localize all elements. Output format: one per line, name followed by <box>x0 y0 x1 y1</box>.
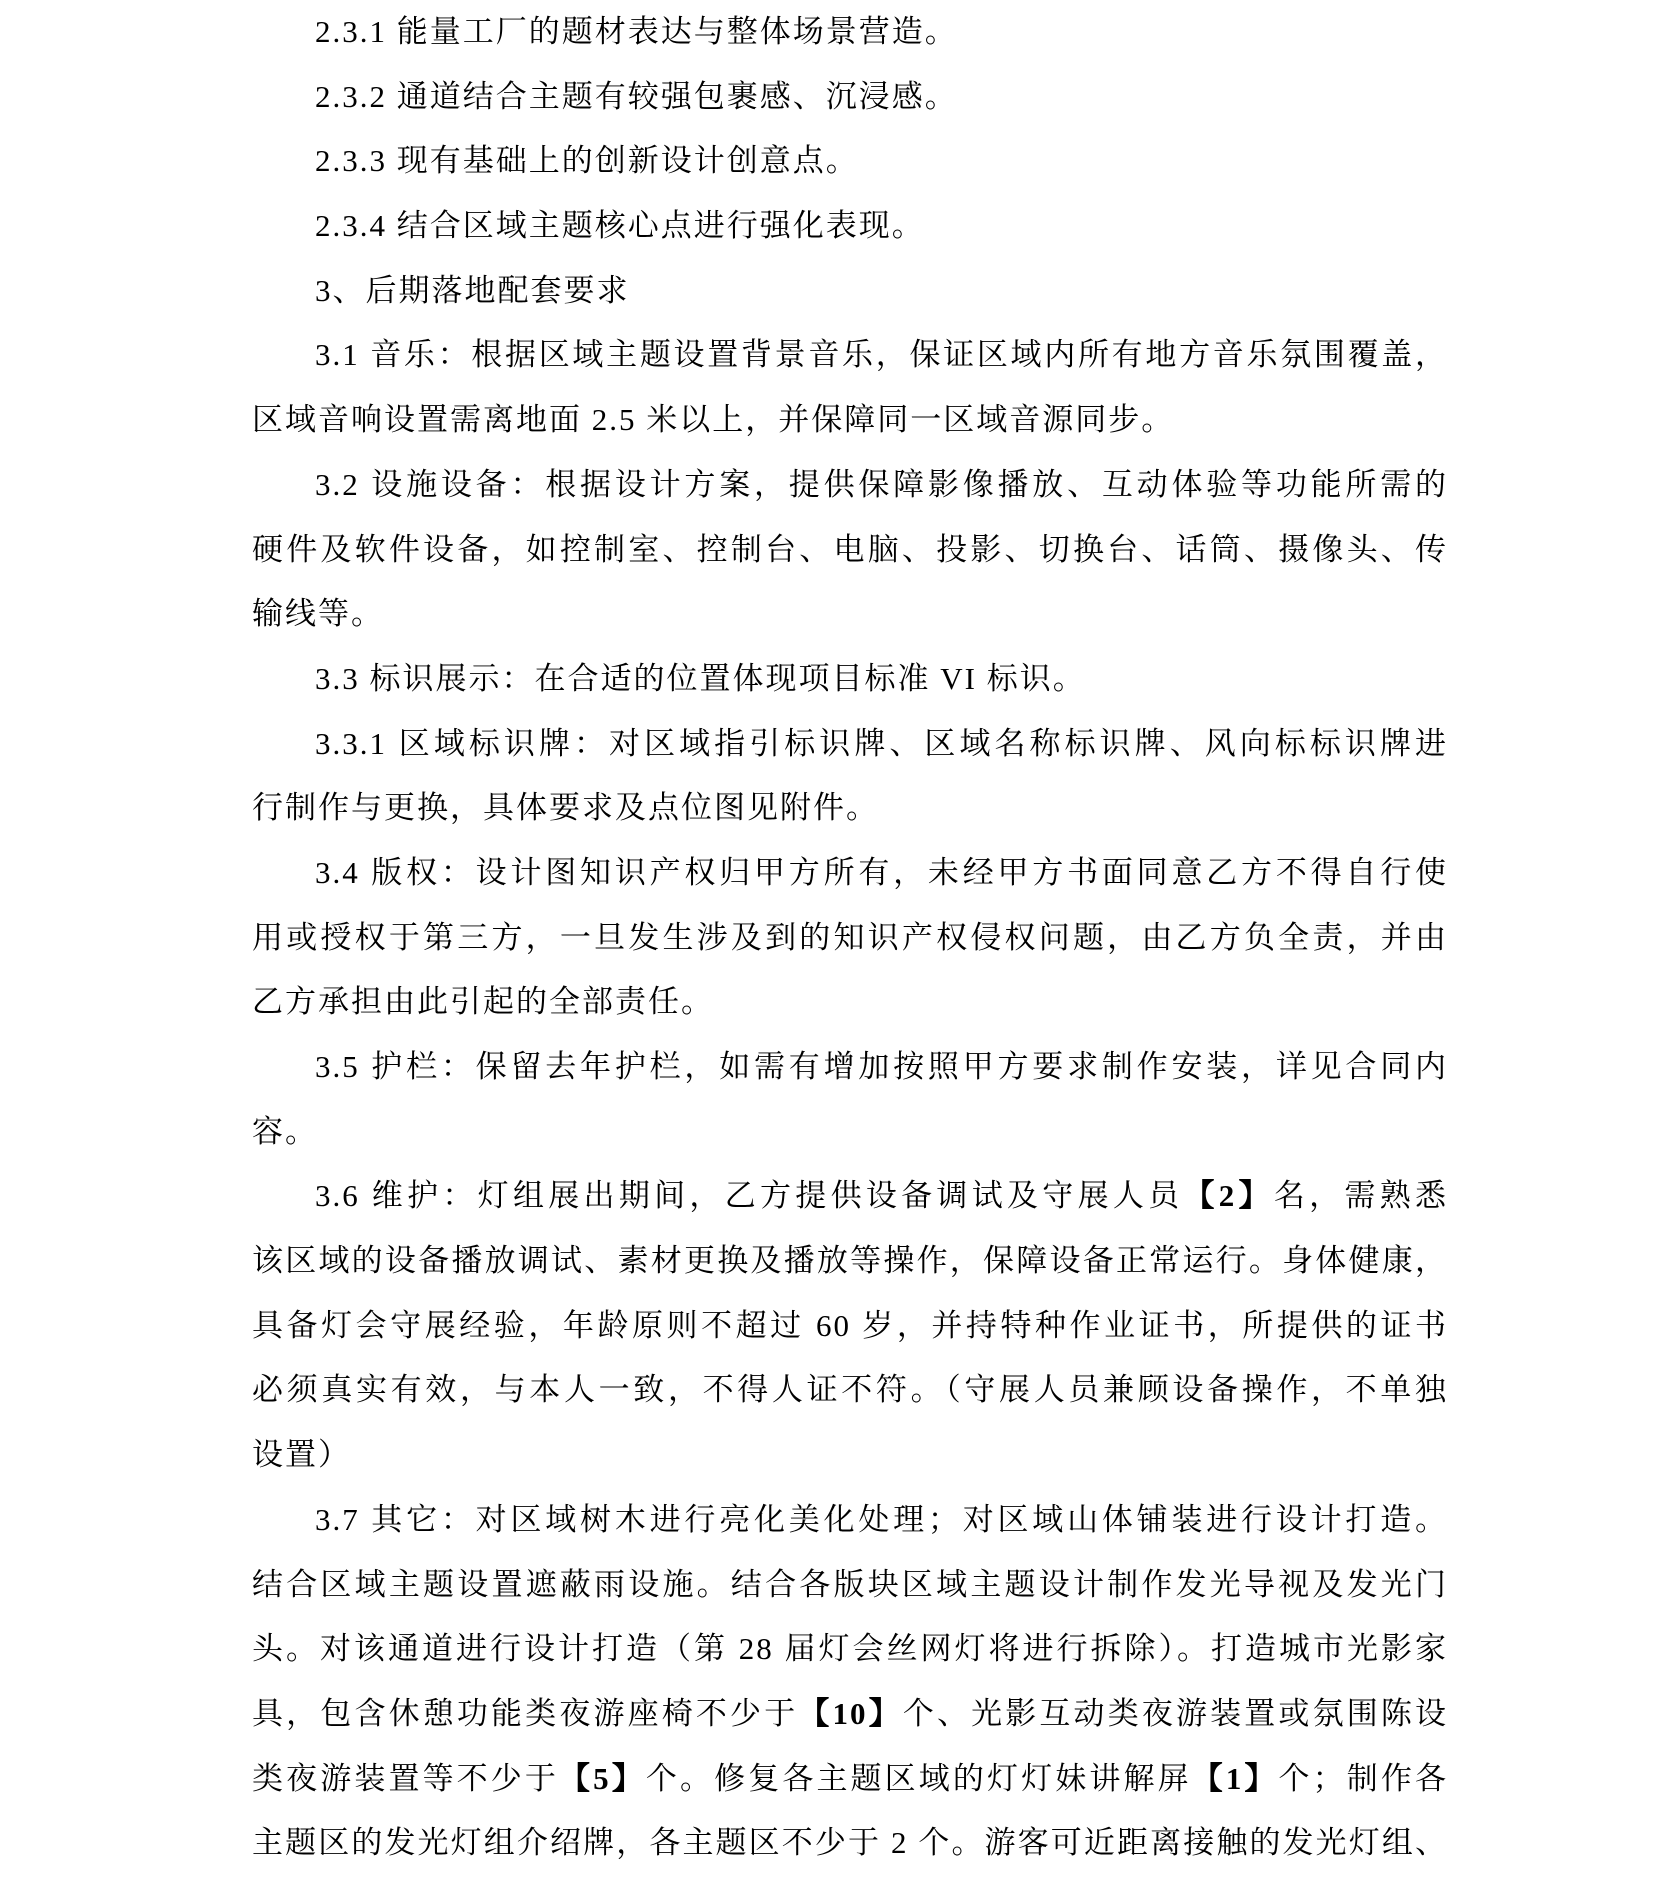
text-segment: 容。 <box>252 1114 318 1149</box>
text-segment: 个、光影互动类夜游装置或氛围陈设 <box>903 1696 1448 1731</box>
text-line: 用或授权于第三方，一旦发生涉及到的知识产权侵权问题，由乙方负全责，并由 <box>252 906 1448 971</box>
text-line: 容。 <box>252 1100 1448 1165</box>
text-segment: 3.5 护栏：保留去年护栏，如需有增加按照甲方要求制作安装，详见合同内 <box>315 1049 1448 1084</box>
text-line: 2.3.4 结合区域主题核心点进行强化表现。 <box>252 194 1448 259</box>
text-line: 硬件及软件设备，如控制室、控制台、电脑、投影、切换台、话筒、摄像头、传 <box>252 518 1448 583</box>
text-segment: 该区域的设备播放调试、素材更换及播放等操作，保障设备正常运行。身体健康， <box>252 1243 1448 1278</box>
document-body: 2.3.1 能量工厂的题材表达与整体场景营造。2.3.2 通道结合主题有较强包裹… <box>252 0 1448 1876</box>
text-segment: 2.3.2 通道结合主题有较强包裹感、沉浸感。 <box>315 79 958 114</box>
bold-bracket-value: 【2】 <box>1183 1178 1273 1213</box>
text-segment: 3.1 音乐：根据区域主题设置背景音乐，保证区域内所有地方音乐氛围覆盖， <box>315 337 1448 372</box>
text-segment: 3、后期落地配套要求 <box>315 273 630 308</box>
text-segment: 3.2 设施设备：根据设计方案，提供保障影像播放、互动体验等功能所需的 <box>315 467 1448 502</box>
text-line: 3.4 版权：设计图知识产权归甲方所有，未经甲方书面同意乙方不得自行使 <box>252 841 1448 906</box>
text-line: 2.3.2 通道结合主题有较强包裹感、沉浸感。 <box>252 65 1448 130</box>
text-line: 乙方承担由此引起的全部责任。 <box>252 970 1448 1035</box>
text-segment: 名，需熟悉 <box>1274 1178 1448 1213</box>
text-line: 3.6 维护：灯组展出期间，乙方提供设备调试及守展人员【2】名，需熟悉 <box>252 1164 1448 1229</box>
text-segment: 2.3.4 结合区域主题核心点进行强化表现。 <box>315 208 925 243</box>
text-line: 主题区的发光灯组介绍牌，各主题区不少于 2 个。游客可近距离接触的发光灯组、 <box>252 1811 1448 1876</box>
text-segment: 头。对该通道进行设计打造（第 28 届灯会丝网灯将进行拆除）。打造城市光影家 <box>252 1631 1448 1666</box>
text-segment: 具，包含休憩功能类夜游座椅不少于 <box>252 1696 798 1731</box>
text-line: 2.3.3 现有基础上的创新设计创意点。 <box>252 129 1448 194</box>
text-segment: 硬件及软件设备，如控制室、控制台、电脑、投影、切换台、话筒、摄像头、传 <box>252 532 1448 567</box>
text-line: 3.1 音乐：根据区域主题设置背景音乐，保证区域内所有地方音乐氛围覆盖， <box>252 323 1448 388</box>
text-segment: 结合区域主题设置遮蔽雨设施。结合各版块区域主题设计制作发光导视及发光门 <box>252 1567 1448 1602</box>
text-segment: 输线等。 <box>252 596 384 631</box>
text-line: 结合区域主题设置遮蔽雨设施。结合各版块区域主题设计制作发光导视及发光门 <box>252 1553 1448 1618</box>
text-segment: 设置） <box>252 1437 351 1472</box>
bold-bracket-value: 【5】 <box>559 1761 646 1796</box>
text-line: 3.3 标识展示：在合适的位置体现项目标准 VI 标识。 <box>252 647 1448 712</box>
bold-bracket-value: 【1】 <box>1192 1761 1279 1796</box>
text-segment: 2.3.1 能量工厂的题材表达与整体场景营造。 <box>315 14 958 49</box>
text-line: 3.3.1 区域标识牌：对区域指引标识牌、区域名称标识牌、风向标标识牌进 <box>252 712 1448 777</box>
text-line: 头。对该通道进行设计打造（第 28 届灯会丝网灯将进行拆除）。打造城市光影家 <box>252 1617 1448 1682</box>
text-segment: 用或授权于第三方，一旦发生涉及到的知识产权侵权问题，由乙方负全责，并由 <box>252 920 1448 955</box>
text-segment: 3.3.1 区域标识牌：对区域指引标识牌、区域名称标识牌、风向标标识牌进 <box>315 726 1448 761</box>
text-segment: 类夜游装置等不少于 <box>252 1761 559 1796</box>
text-line: 行制作与更换，具体要求及点位图见附件。 <box>252 776 1448 841</box>
document-page: 2.3.1 能量工厂的题材表达与整体场景营造。2.3.2 通道结合主题有较强包裹… <box>0 0 1654 1894</box>
text-segment: 3.3 标识展示：在合适的位置体现项目标准 VI 标识。 <box>315 661 1086 696</box>
text-line: 必须真实有效，与本人一致，不得人证不符。（守展人员兼顾设备操作，不单独 <box>252 1358 1448 1423</box>
text-line: 输线等。 <box>252 582 1448 647</box>
text-segment: 3.7 其它：对区域树木进行亮化美化处理；对区域山体铺装进行设计打造。 <box>315 1502 1448 1537</box>
text-line: 具备灯会守展经验，年龄原则不超过 60 岁，并持特种作业证书，所提供的证书 <box>252 1294 1448 1359</box>
bold-bracket-value: 【10】 <box>798 1696 902 1731</box>
text-line: 设置） <box>252 1423 1448 1488</box>
text-line: 类夜游装置等不少于【5】个。修复各主题区域的灯灯妹讲解屏【1】个；制作各 <box>252 1747 1448 1812</box>
text-segment: 区域音响设置需离地面 2.5 米以上，并保障同一区域音源同步。 <box>252 402 1174 437</box>
text-line: 3.5 护栏：保留去年护栏，如需有增加按照甲方要求制作安装，详见合同内 <box>252 1035 1448 1100</box>
text-line: 该区域的设备播放调试、素材更换及播放等操作，保障设备正常运行。身体健康， <box>252 1229 1448 1294</box>
text-line: 具，包含休憩功能类夜游座椅不少于【10】个、光影互动类夜游装置或氛围陈设 <box>252 1682 1448 1747</box>
text-line: 2.3.1 能量工厂的题材表达与整体场景营造。 <box>252 0 1448 65</box>
text-segment: 乙方承担由此引起的全部责任。 <box>252 984 714 1019</box>
text-segment: 2.3.3 现有基础上的创新设计创意点。 <box>315 143 859 178</box>
text-line: 区域音响设置需离地面 2.5 米以上，并保障同一区域音源同步。 <box>252 388 1448 453</box>
text-segment: 必须真实有效，与本人一致，不得人证不符。（守展人员兼顾设备操作，不单独 <box>252 1372 1448 1407</box>
text-segment: 行制作与更换，具体要求及点位图见附件。 <box>252 790 879 825</box>
text-line: 3、后期落地配套要求 <box>252 259 1448 324</box>
text-line: 3.2 设施设备：根据设计方案，提供保障影像播放、互动体验等功能所需的 <box>252 453 1448 518</box>
text-segment: 主题区的发光灯组介绍牌，各主题区不少于 2 个。游客可近距离接触的发光灯组、 <box>252 1825 1448 1860</box>
text-segment: 3.4 版权：设计图知识产权归甲方所有，未经甲方书面同意乙方不得自行使 <box>315 855 1448 890</box>
text-segment: 个。修复各主题区域的灯灯妹讲解屏 <box>646 1761 1192 1796</box>
text-line: 3.7 其它：对区域树木进行亮化美化处理；对区域山体铺装进行设计打造。 <box>252 1488 1448 1553</box>
text-segment: 个；制作各 <box>1279 1761 1448 1796</box>
text-segment: 具备灯会守展经验，年龄原则不超过 60 岁，并持特种作业证书，所提供的证书 <box>252 1308 1448 1343</box>
text-segment: 3.6 维护：灯组展出期间，乙方提供设备调试及守展人员 <box>315 1178 1183 1213</box>
